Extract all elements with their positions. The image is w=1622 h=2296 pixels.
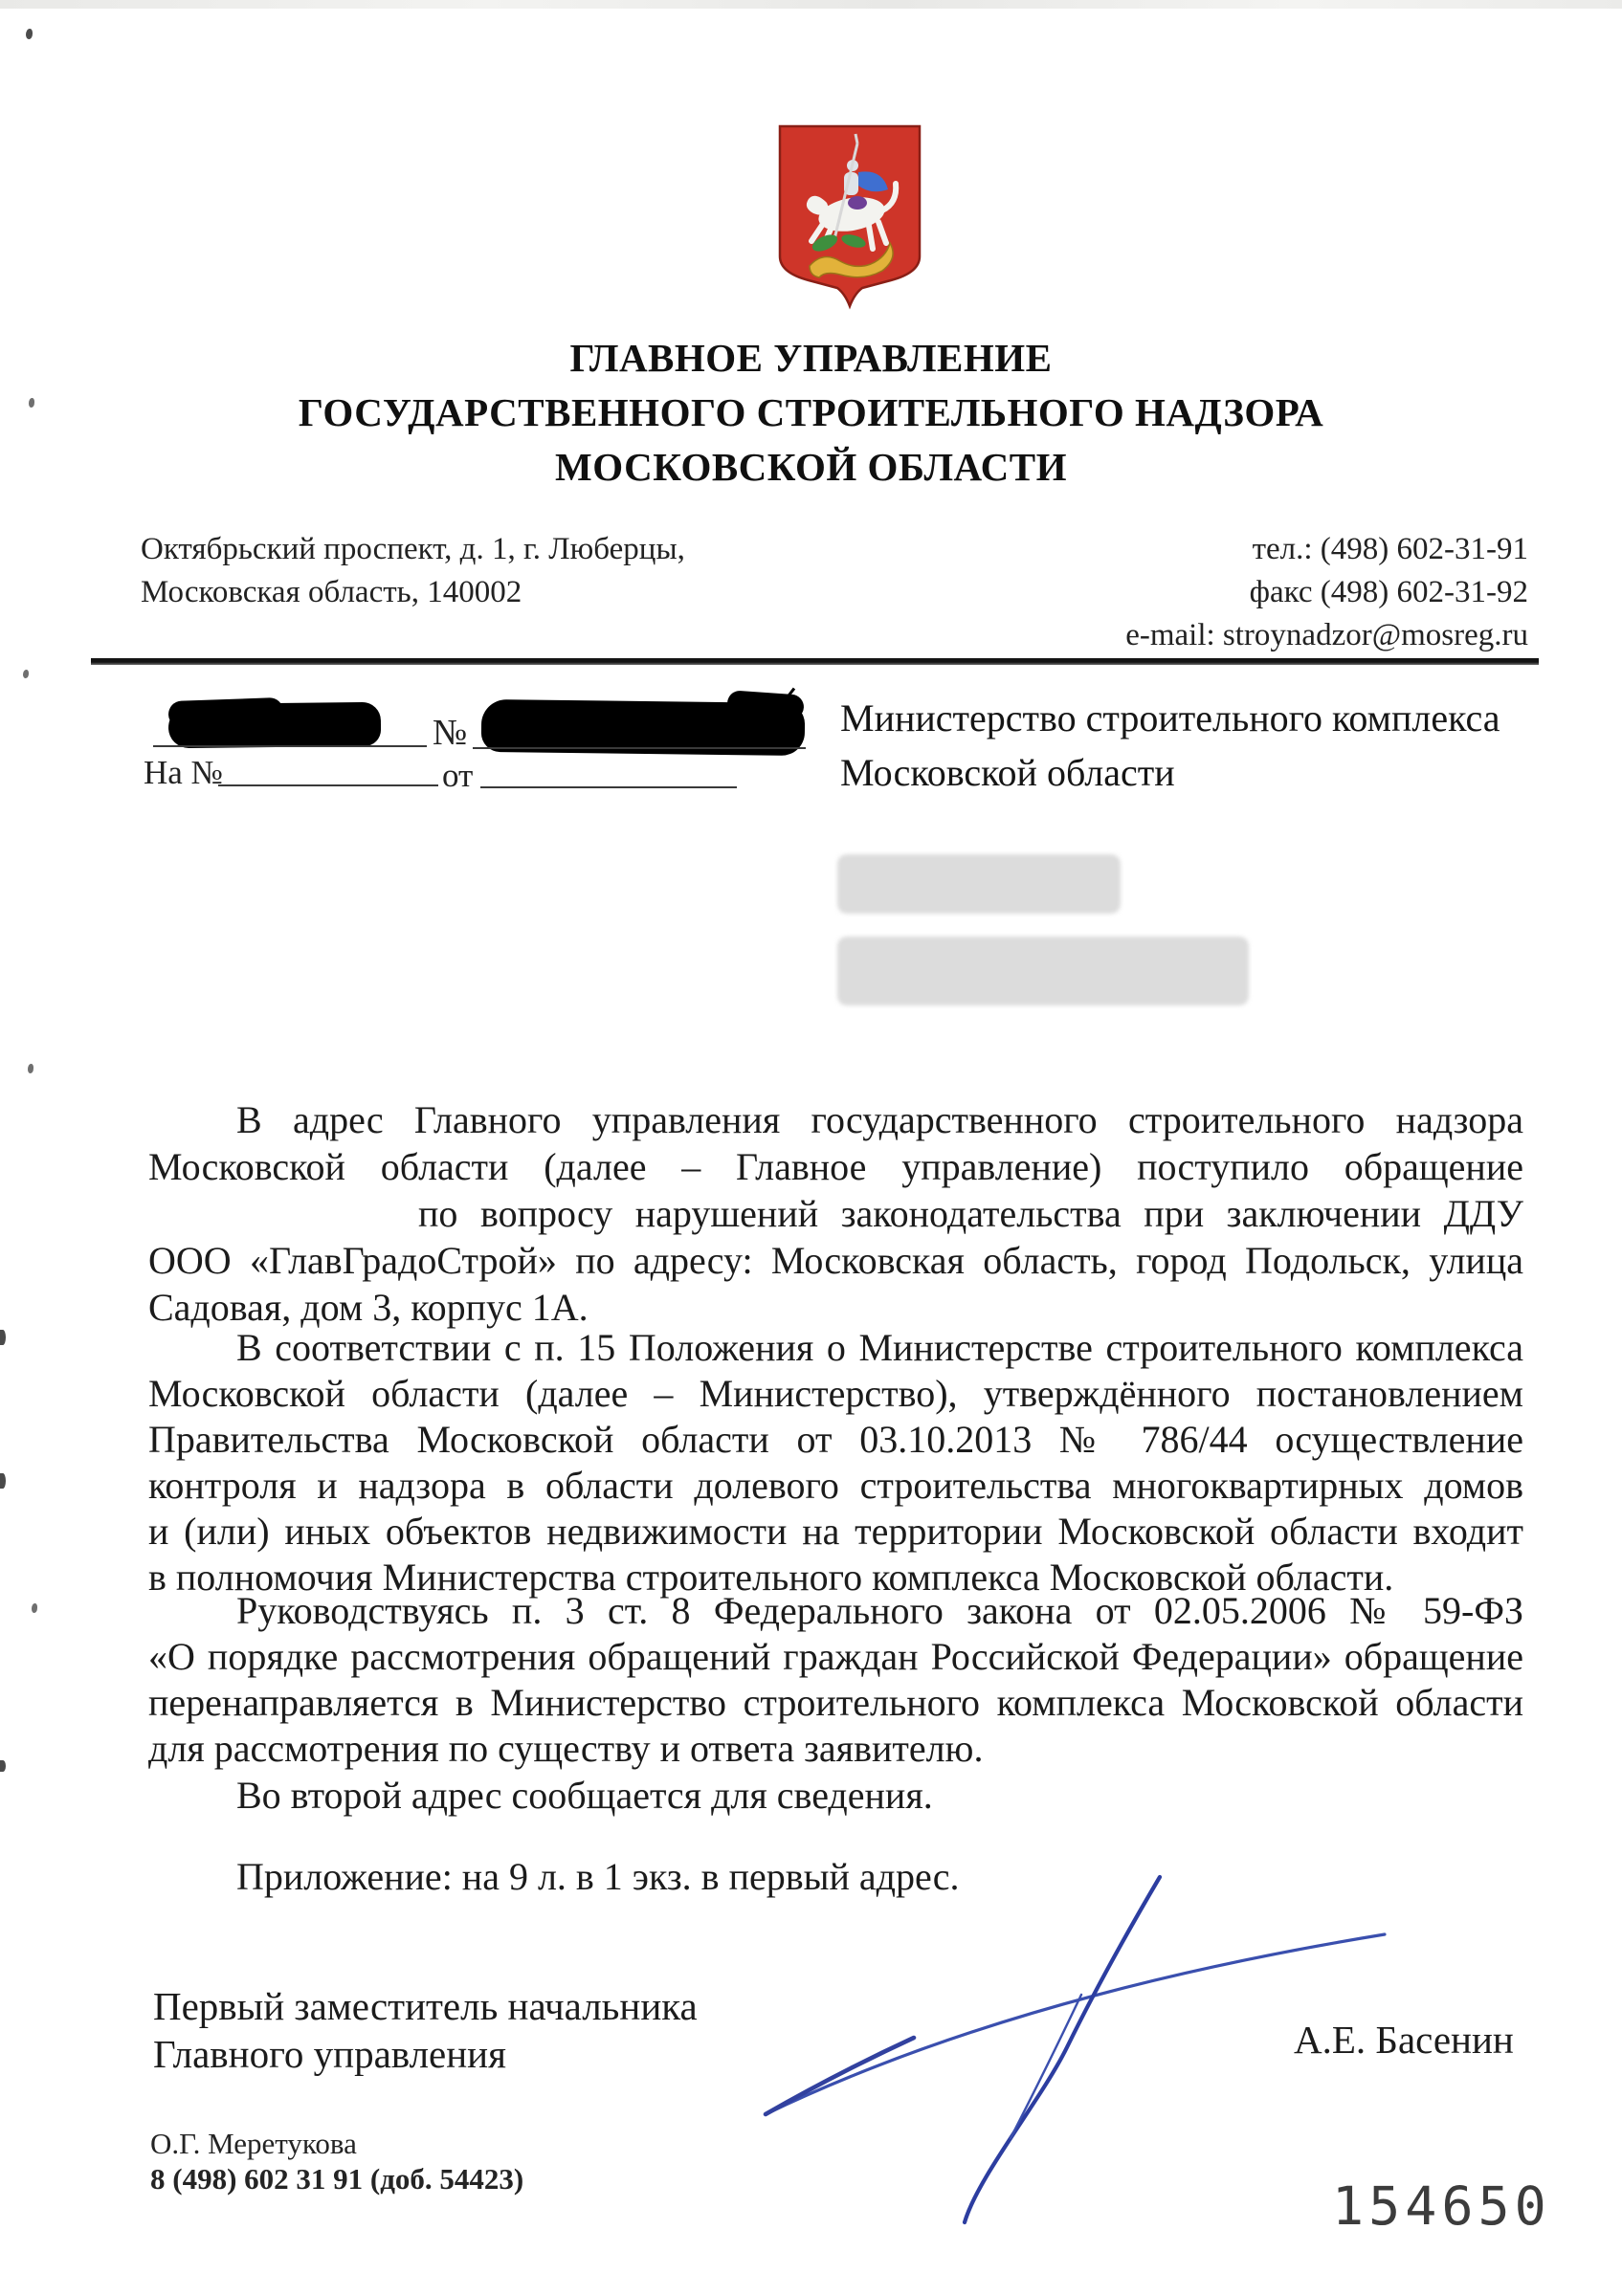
body-line: Садовая, дом 3, корпус 1А.: [148, 1284, 1523, 1331]
body-line: по вопросу нарушений законодательства пр…: [418, 1190, 1523, 1237]
scan-artifact: [0, 1330, 6, 1345]
signer-name: А.Е. Басенин: [1294, 2017, 1514, 2063]
recipient-block: Министерство строительного комплекса Мос…: [840, 691, 1529, 800]
body-line: В адрес Главного управления государствен…: [148, 1096, 1523, 1143]
scan-artifact: [26, 29, 33, 39]
body-line: и (или) иных объектов недвижимости на те…: [148, 1509, 1523, 1555]
org-title-line: ГЛАВНОЕ УПРАВЛЕНИЕ: [0, 331, 1622, 386]
coat-of-arms-icon: [777, 122, 922, 310]
org-phone: тел.: (498) 602-31-91: [1125, 528, 1528, 571]
body-paragraph-1: В адрес Главного управления государствен…: [148, 1096, 1523, 1331]
stamp-number: 154650: [1332, 2175, 1551, 2237]
recipient-line: Московской области: [840, 745, 1529, 800]
body-line: «О порядке рассмотрения обращений гражда…: [148, 1634, 1523, 1680]
org-address-line: Октябрьский проспект, д. 1, г. Люберцы,: [141, 528, 685, 571]
ref-underline: [473, 747, 806, 749]
body-line: для рассмотрения по существу и ответа за…: [148, 1726, 1523, 1772]
scan-artifact: [28, 1064, 33, 1073]
scan-artifact: [23, 670, 29, 678]
ref-no-label: №: [433, 712, 467, 754]
org-title: ГЛАВНОЕ УПРАВЛЕНИЕ ГОСУДАРСТВЕННОГО СТРО…: [0, 331, 1622, 495]
body-line: В соответствии с п. 15 Положения о Минис…: [148, 1325, 1523, 1371]
org-address: Октябрьский проспект, д. 1, г. Люберцы, …: [141, 528, 685, 614]
ref-underline: [480, 786, 737, 788]
org-email: e-mail: stroynadzor@mosreg.ru: [1125, 614, 1528, 657]
scan-edge-artifact: [0, 0, 1622, 9]
org-fax: факс (498) 602-31-92: [1125, 571, 1528, 614]
signer-position-line: Главного управления: [153, 2030, 698, 2078]
executor-name: О.Г. Меретукова: [150, 2126, 357, 2162]
body-line: Московской области (далее – Министерство…: [148, 1371, 1523, 1417]
body-line: Московской области (далее – Главное упра…: [148, 1143, 1523, 1190]
signer-position: Первый заместитель начальника Главного у…: [153, 1982, 698, 2078]
letterhead-divider: [91, 658, 1539, 665]
body-paragraph-4: Во второй адрес сообщается для сведения.: [148, 1772, 1523, 1819]
body-line: Руководствуясь п. 3 ст. 8 Федерального з…: [148, 1588, 1523, 1634]
body-line: контроля и надзора в области долевого ст…: [148, 1463, 1523, 1509]
scan-artifact: [0, 1760, 6, 1772]
signer-position-line: Первый заместитель начальника: [153, 1982, 698, 2030]
ref-underline: [153, 745, 427, 747]
recipient-line: Министерство строительного комплекса: [840, 691, 1529, 745]
scan-artifact: [32, 1603, 37, 1613]
executor-phone: 8 (498) 602 31 91 (доб. 54423): [150, 2162, 523, 2197]
org-address-line: Московская область, 140002: [141, 571, 685, 614]
body-line: ООО «ГлавГрадоСтрой» по адресу: Московск…: [148, 1237, 1523, 1284]
org-contacts: тел.: (498) 602-31-91 факс (498) 602-31-…: [1125, 528, 1528, 657]
org-title-line: ГОСУДАРСТВЕННОГО СТРОИТЕЛЬНОГО НАДЗОРА: [0, 386, 1622, 440]
redaction-bar-black: [168, 697, 284, 728]
scanned-letter-page: ГЛАВНОЕ УПРАВЛЕНИЕ ГОСУДАРСТВЕННОГО СТРО…: [0, 0, 1622, 2296]
ref-underline: [218, 784, 438, 786]
org-title-line: МОСКОВСКОЙ ОБЛАСТИ: [0, 440, 1622, 495]
body-line: Во второй адрес сообщается для сведения.: [148, 1772, 1523, 1819]
body-line: Правительства Московской области от 03.1…: [148, 1417, 1523, 1463]
body-paragraph-3: Руководствуясь п. 3 ст. 8 Федерального з…: [148, 1588, 1523, 1772]
redaction-bar-black: [726, 690, 805, 720]
body-paragraph-2: В соответствии с п. 15 Положения о Минис…: [148, 1325, 1523, 1601]
scan-artifact: [0, 1473, 6, 1489]
body-line: перенаправляется в Министерство строител…: [148, 1680, 1523, 1726]
ref-na-no-label: На №: [144, 754, 223, 792]
ref-ot-label: от: [442, 757, 473, 795]
redaction-bar-gray: [837, 854, 1121, 914]
redaction-bar-gray: [837, 937, 1249, 1005]
